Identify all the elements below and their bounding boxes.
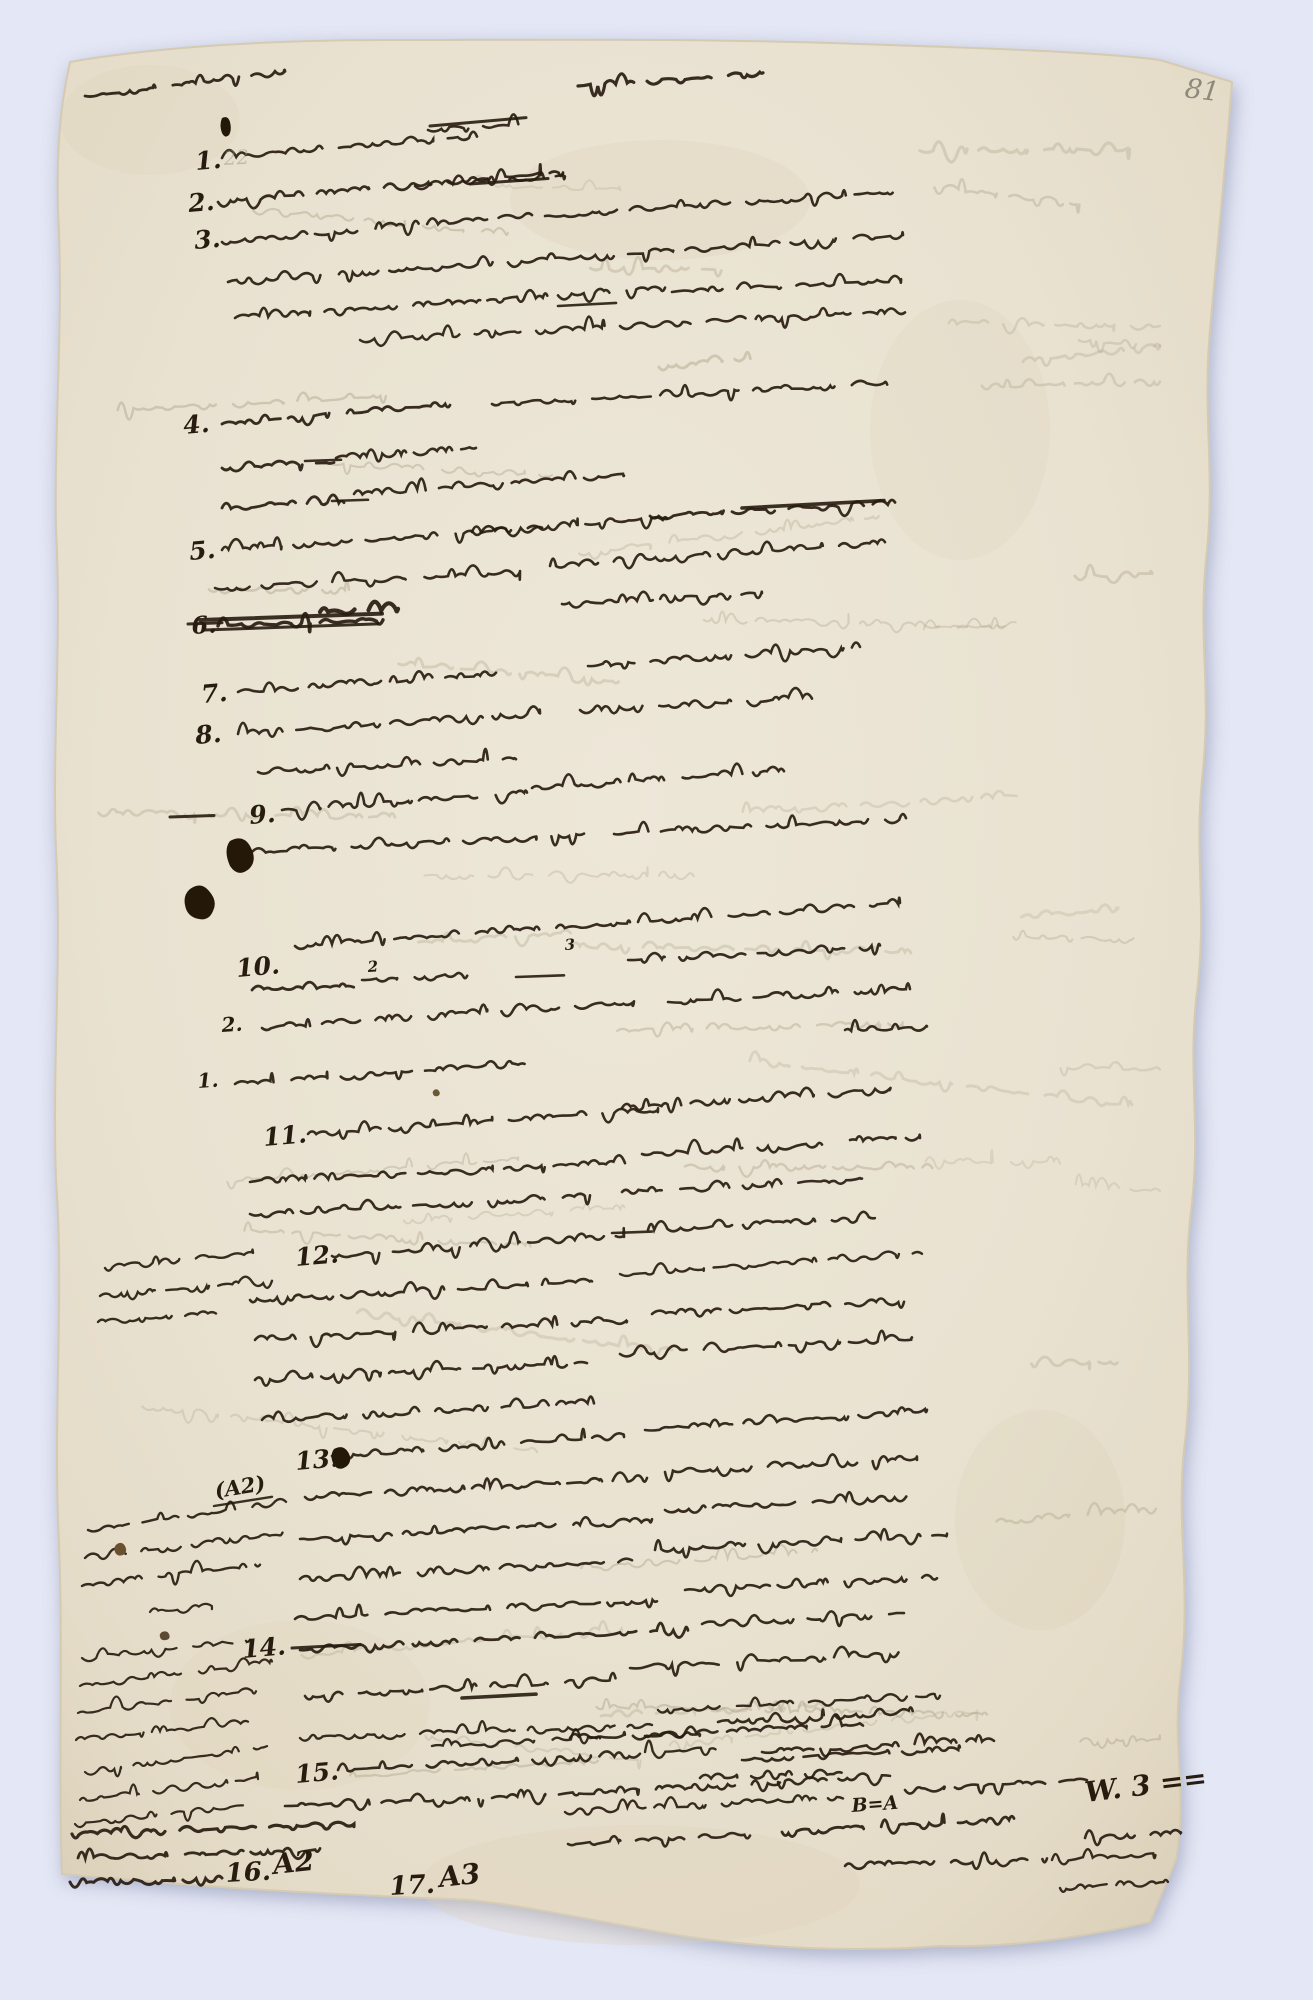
item-number-9: 9.	[248, 799, 277, 830]
item-number-8: 8.	[193, 719, 223, 750]
item-number-1: 1.	[194, 145, 223, 176]
item-number-17: 17.	[389, 1870, 436, 1902]
item-number-10: 10.	[235, 950, 281, 983]
pencil-number-faint: 22	[222, 145, 250, 170]
item-number-6-struck: 6.	[190, 609, 217, 640]
sub-number-2: 2.	[220, 1012, 244, 1037]
sub-number-1: 1.	[197, 1068, 220, 1093]
strike-mark	[612, 1232, 652, 1233]
ink-speck	[160, 1631, 170, 1640]
formula-b-equals-a: B=A	[850, 1792, 899, 1817]
item-number-14: 14.	[241, 1631, 287, 1664]
item-number-2: 2.	[186, 187, 216, 218]
strike-mark	[170, 815, 214, 817]
siglum-a2: A2	[268, 1844, 315, 1881]
item-number-5: 5.	[188, 535, 217, 566]
strike-mark	[516, 975, 564, 977]
siglum-a3: A3	[434, 1857, 481, 1894]
scan-background: 1. 2. 3. 4. 5. 6. 7. 8. 9. 10. 11. 12. 1…	[0, 0, 1313, 2000]
superscript-3: 3	[564, 935, 576, 954]
item-number-13: 13.	[294, 1443, 340, 1476]
item-number-3: 3.	[193, 224, 222, 255]
strike-mark	[332, 500, 368, 501]
item-number-15: 15.	[294, 1756, 340, 1789]
manuscript-scan: 1. 2. 3. 4. 5. 6. 7. 8. 9. 10. 11. 12. 1…	[0, 0, 1313, 2000]
item-number-11: 11.	[262, 1119, 308, 1152]
strike-mark	[305, 460, 341, 461]
item-number-12: 12.	[294, 1239, 340, 1272]
item-number-4: 4.	[182, 409, 211, 440]
item-number-16: 16.	[225, 1857, 272, 1889]
item-number-7: 7.	[200, 678, 229, 709]
pencil-folio-number: 81	[1183, 73, 1221, 108]
superscript-2: 2	[366, 957, 379, 976]
